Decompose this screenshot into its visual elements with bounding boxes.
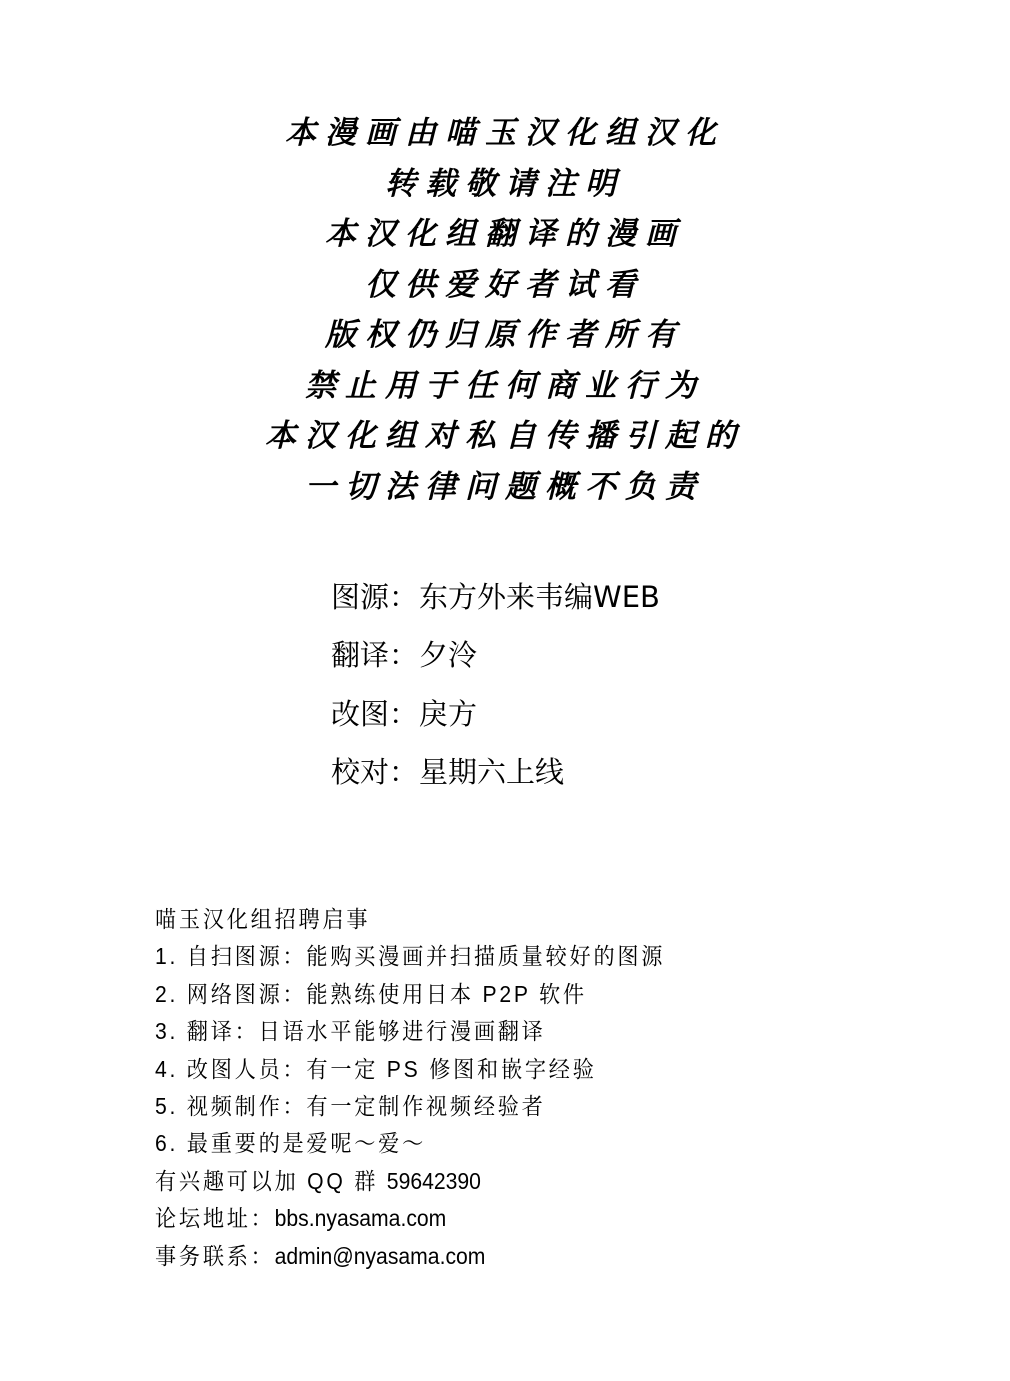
credit-label: 翻译 <box>331 633 389 674</box>
contact-email: admin@nyasama.com <box>275 1243 486 1269</box>
notice-line: 本汉化组对私自传播引起的 <box>0 411 1010 462</box>
recruitment-item: 2. 网络图源：能熟练使用日本 P2P 软件 <box>155 976 665 1013</box>
forum-url: bbs.nyasama.com <box>275 1205 447 1231</box>
credit-label: 校对 <box>331 750 389 791</box>
recruitment-notice: 喵玉汉化组招聘启事 1. 自扫图源：能购买漫画并扫描质量较好的图源 2. 网络图… <box>155 901 710 1275</box>
notice-line: 本漫画由喵玉汉化组汉化 <box>0 108 1010 159</box>
credit-value: 夕泠 <box>419 633 477 674</box>
credit-value: 星期六上线 <box>419 750 564 791</box>
credit-separator: ： <box>389 575 419 616</box>
credit-separator: ： <box>389 692 419 733</box>
recruitment-item: 3. 翻译：日语水平能够进行漫画翻译 <box>155 1013 665 1050</box>
staff-credits: 图源 ： 东方外来韦编WEB 翻译 ： 夕泠 改图 ： 戾方 校对 ： 星期六上… <box>331 566 660 800</box>
notice-line: 转载敬请注明 <box>0 159 1010 210</box>
credit-value: 戾方 <box>419 692 477 733</box>
credit-label: 改图 <box>331 692 389 733</box>
qq-group-label: 有兴趣可以加 QQ 群 <box>155 1168 387 1194</box>
forum-line: 论坛地址：bbs.nyasama.com <box>155 1200 665 1237</box>
qq-group-line: 有兴趣可以加 QQ 群 59642390 <box>155 1163 665 1200</box>
notice-line: 一切法律问题概不负责 <box>0 462 1010 513</box>
qq-group-number: 59642390 <box>387 1168 481 1194</box>
notice-line: 版权仍归原作者所有 <box>0 310 1010 361</box>
forum-label: 论坛地址： <box>155 1205 275 1231</box>
contact-label: 事务联系： <box>155 1243 275 1269</box>
credit-row-editing: 改图 ： 戾方 <box>331 683 660 742</box>
credit-separator: ： <box>389 633 419 674</box>
credit-row-proofreading: 校对 ： 星期六上线 <box>331 742 660 801</box>
contact-line: 事务联系：admin@nyasama.com <box>155 1238 665 1275</box>
credit-label: 图源 <box>331 575 389 616</box>
credit-separator: ： <box>389 750 419 791</box>
notice-line: 禁止用于任何商业行为 <box>0 361 1010 412</box>
recruitment-item: 4. 改图人员：有一定 PS 修图和嵌字经验 <box>155 1051 665 1088</box>
credit-row-source: 图源 ： 东方外来韦编WEB <box>331 566 660 625</box>
copyright-notice: 本漫画由喵玉汉化组汉化 转载敬请注明 本汉化组翻译的漫画 仅供爱好者试看 版权仍… <box>0 108 1010 512</box>
recruitment-item: 6. 最重要的是爱呢～爱～ <box>155 1125 665 1162</box>
credit-row-translation: 翻译 ： 夕泠 <box>331 625 660 684</box>
credit-value: 东方外来韦编WEB <box>419 575 660 616</box>
notice-line: 仅供爱好者试看 <box>0 260 1010 311</box>
recruitment-item: 5. 视频制作：有一定制作视频经验者 <box>155 1088 665 1125</box>
recruitment-title: 喵玉汉化组招聘启事 <box>155 901 665 938</box>
recruitment-item: 1. 自扫图源：能购买漫画并扫描质量较好的图源 <box>155 938 665 975</box>
notice-line: 本汉化组翻译的漫画 <box>0 209 1010 260</box>
